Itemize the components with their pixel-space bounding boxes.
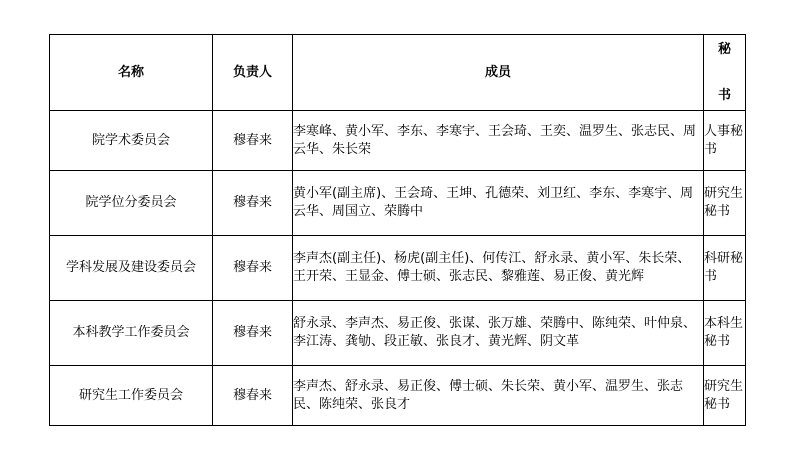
committee-name: 院学位分委员会 [50,171,213,236]
committee-name: 学科发展及建设委员会 [50,236,213,301]
table-row: 院学位分委员会 穆春来 黄小军(副主席)、王会琦、王坤、孔德荣、刘卫红、李东、李… [50,171,746,236]
committee-secretary: 人事秘书 [704,111,746,171]
committee-members: 黄小军(副主席)、王会琦、王坤、孔德荣、刘卫红、李东、李寒宇、周云华、周国立、荣… [293,171,704,236]
committee-leader: 穆春来 [213,236,293,301]
committee-secretary: 本科生秘书 [704,301,746,366]
header-row: 名称 负责人 成员 秘 书 [50,35,746,111]
committee-table: 名称 负责人 成员 秘 书 院学术委员会 穆春来 李寒峰、黄小军、李东、李寒宇、… [49,34,746,426]
committee-members: 李声杰、舒永录、易正俊、傅士硕、朱长荣、黄小军、温罗生、张志民、陈纯荣、张良才 [293,366,704,426]
header-secretary-char-2: 书 [704,87,745,105]
committee-name: 本科教学工作委员会 [50,301,213,366]
committee-leader: 穆春来 [213,111,293,171]
committee-leader: 穆春来 [213,366,293,426]
header-members: 成员 [293,35,704,111]
committee-leader: 穆春来 [213,171,293,236]
committee-members: 李寒峰、黄小军、李东、李寒宇、王会琦、王奕、温罗生、张志民、周云华、朱长荣 [293,111,704,171]
table-row: 研究生工作委员会 穆春来 李声杰、舒永录、易正俊、傅士硕、朱长荣、黄小军、温罗生… [50,366,746,426]
header-leader: 负责人 [213,35,293,111]
header-secretary: 秘 书 [704,35,746,111]
header-secretary-char-1: 秘 [704,41,745,59]
table-row: 学科发展及建设委员会 穆春来 李声杰(副主任)、杨虎(副主任)、何传江、舒永录、… [50,236,746,301]
committee-secretary: 研究生秘书 [704,171,746,236]
committee-secretary: 研究生秘书 [704,366,746,426]
table-row: 本科教学工作委员会 穆春来 舒永录、李声杰、易正俊、张谋、张万雄、荣腾中、陈纯荣… [50,301,746,366]
committee-members: 舒永录、李声杰、易正俊、张谋、张万雄、荣腾中、陈纯荣、叶仲泉、李江涛、龚劬、段正… [293,301,704,366]
committee-secretary: 科研秘书 [704,236,746,301]
table-row: 院学术委员会 穆春来 李寒峰、黄小军、李东、李寒宇、王会琦、王奕、温罗生、张志民… [50,111,746,171]
committee-name: 院学术委员会 [50,111,213,171]
committee-leader: 穆春来 [213,301,293,366]
committee-members: 李声杰(副主任)、杨虎(副主任)、何传江、舒永录、黄小军、朱长荣、王开荣、王显金… [293,236,704,301]
header-name: 名称 [50,35,213,111]
committee-name: 研究生工作委员会 [50,366,213,426]
